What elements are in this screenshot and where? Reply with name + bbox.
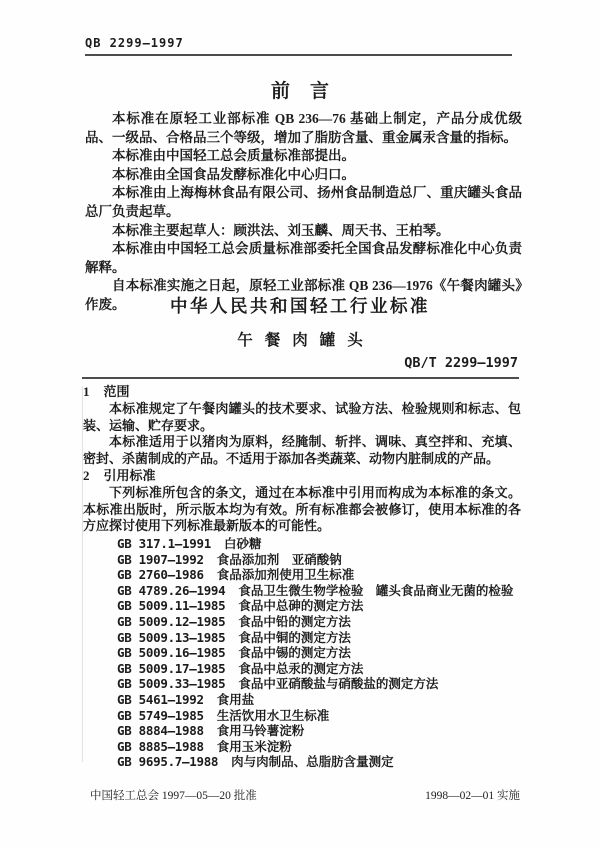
reference-code: GB 5749—1985 [117,708,204,723]
title-divider-rule [82,377,519,379]
reference-title: 食用盐 [217,693,255,707]
reference-item: GB 5009.11—1985食品中总砷的测定方法 [117,598,513,614]
foreword-paragraph: 本标准由上海梅林食品有限公司、扬州食品制造总厂、重庆罐头食品总厂负责起草。 [85,184,522,221]
reference-title: 食用玉米淀粉 [217,740,292,754]
reference-item: GB 1907—1992食品添加剂 亚硝酸钠 [117,552,513,568]
reference-item: GB 4789.26—1994食品卫生微生物学检验 罐头食品商业无菌的检验 [117,583,513,599]
reference-code: GB 317.1—1991 [117,536,211,551]
section-paragraph: 下列标准所包含的条文，通过在本标准中引用而构成为本标准的条文。本标准出版时，所示… [83,485,521,535]
reference-title: 食品中锡的测定方法 [238,646,351,660]
reference-code: GB 2760—1986 [117,567,204,582]
reference-title: 肉与肉制品、总脂肪含量测定 [231,755,394,769]
reference-item: GB 5009.13—1985食品中铜的测定方法 [117,630,513,646]
foreword-body: 本标准在原轻工业部标准 QB 236—76 基础上制定，产品分成优级品、一级品、… [85,110,522,315]
reference-title: 食用马铃薯淀粉 [217,724,305,738]
standard-sections: 1范围 本标准规定了午餐肉罐头的技术要求、试验方法、检验规则和标志、包装、运输、… [83,384,521,535]
section-title: 引用标准 [104,468,156,483]
reference-item: GB 5009.16—1985食品中锡的测定方法 [117,645,513,661]
foreword-paragraph: 本标准由中国轻工总会质量标准部委托全国食品发酵标准化中心负责解释。 [85,240,522,277]
reference-code: GB 5009.16—1985 [117,645,225,660]
reference-code: GB 9695.7—1988 [117,754,218,769]
reference-code: GB 5009.11—1985 [117,598,225,613]
reference-title: 白砂糖 [224,537,262,551]
reference-title: 食品中铜的测定方法 [238,631,351,645]
referenced-standards-list: GB 317.1—1991白砂糖 GB 1907—1992食品添加剂 亚硝酸钠 … [117,536,513,770]
reference-item: GB 5009.12—1985食品中铅的测定方法 [117,614,513,630]
reference-code: GB 4789.26—1994 [117,583,225,598]
reference-title: 食品中亚硝酸盐与硝酸盐的测定方法 [238,677,438,691]
standard-code: QB/T 2299—1997 [404,355,518,371]
foreword-paragraph: 本标准主要起草人：顾洪法、刘玉麟、周天书、王柏琴。 [85,222,522,241]
reference-title: 食品中总汞的测定方法 [238,662,363,676]
section-2-heading: 2引用标准 [83,468,521,485]
header-divider-rule [85,54,512,56]
reference-code: GB 5461—1992 [117,692,204,707]
reference-title: 食品中总砷的测定方法 [238,599,363,613]
reference-title: 生活饮用水卫生标准 [217,709,330,723]
reference-code: GB 5009.33—1985 [117,676,225,691]
reference-code: GB 8885—1988 [117,739,204,754]
reference-title: 食品中铅的测定方法 [238,615,351,629]
reference-item: GB 5461—1992食用盐 [117,692,513,708]
reference-code: GB 8884—1988 [117,723,204,738]
reference-code: GB 5009.12—1985 [117,614,225,629]
reference-item: GB 5749—1985生活饮用水卫生标准 [117,708,513,724]
section-number: 1 [83,384,90,401]
standard-doc-title: 午餐肉罐头 [0,328,600,350]
foreword-paragraph: 本标准由中国轻工总会质量标准部提出。 [85,147,522,166]
foreword-paragraph: 本标准由全国食品发酵标准化中心归口。 [85,166,522,185]
reference-title: 食品添加剂 亚硝酸钠 [217,553,342,567]
section-paragraph: 本标准规定了午餐肉罐头的技术要求、试验方法、检验规则和标志、包装、运输、贮存要求… [83,401,521,435]
page-header-standard-code: QB 2299—1997 [85,36,184,50]
section-1-heading: 1范围 [83,384,521,401]
section-paragraph: 本标准适用于以猪肉为原料，经腌制、斩拌、调味、真空拌和、充填、密封、杀菌制成的产… [83,434,521,468]
reference-code: GB 1907—1992 [117,552,204,567]
reference-item: GB 5009.17—1985食品中总汞的测定方法 [117,661,513,677]
foreword-paragraph: 本标准在原轻工业部标准 QB 236—76 基础上制定，产品分成优级品、一级品、… [85,110,522,147]
reference-title: 食品卫生微生物学检验 罐头食品商业无菌的检验 [238,584,513,598]
reference-item: GB 9695.7—1988肉与肉制品、总脂肪含量测定 [117,754,513,770]
reference-item: GB 317.1—1991白砂糖 [117,536,513,552]
standard-org-title: 中华人民共和国轻工行业标准 [0,293,600,318]
reference-item: GB 8884—1988食用马铃薯淀粉 [117,723,513,739]
document-page: QB 2299—1997 前言 本标准在原轻工业部标准 QB 236—76 基础… [0,0,600,849]
reference-code: GB 5009.13—1985 [117,630,225,645]
reference-code: GB 5009.17—1985 [117,661,225,676]
section-number: 2 [83,468,90,485]
reference-item: GB 5009.33—1985食品中亚硝酸盐与硝酸盐的测定方法 [117,676,513,692]
reference-item: GB 8885—1988食用玉米淀粉 [117,739,513,755]
reference-title: 食品添加剂使用卫生标准 [217,568,355,582]
section-title: 范围 [104,384,130,399]
footer-approval: 中国轻工总会 1997—05—20 批准 [90,787,257,803]
footer-implementation: 1998—02—01 实施 [425,787,520,803]
foreword-title: 前言 [0,76,600,103]
reference-item: GB 2760—1986食品添加剂使用卫生标准 [117,567,513,583]
